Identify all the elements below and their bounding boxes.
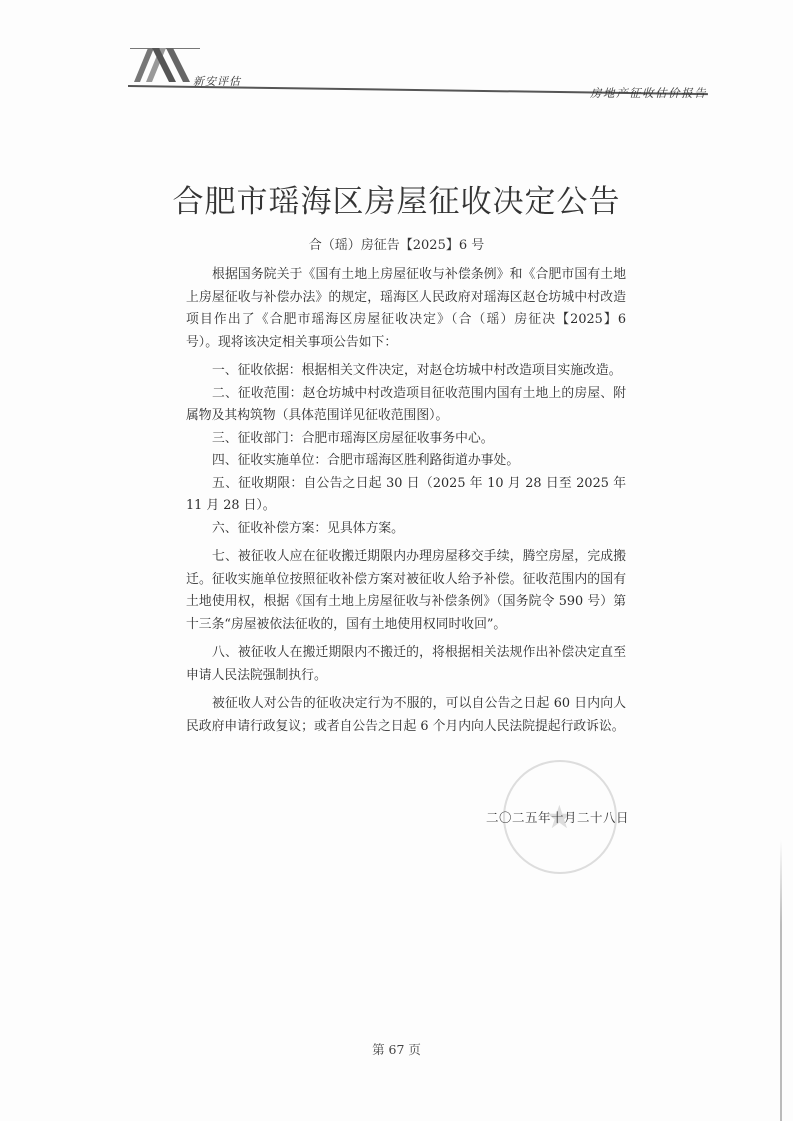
item-basis: 一、征收依据：根据相关文件决定，对赵仓坊城中村改造项目实施改造。	[186, 360, 626, 383]
item-compensation: 六、征收补偿方案：见具体方案。	[186, 518, 626, 541]
xinan-logo-icon	[132, 46, 192, 82]
page-title: 合肥市瑶海区房屋征收决定公告	[0, 176, 793, 221]
item-department: 三、征收部门：合肥市瑶海区房屋征收事务中心。	[186, 428, 626, 451]
report-type: 房地产征收估价报告	[590, 85, 707, 101]
item-implementer: 四、征收实施单位：合肥市瑶海区胜利路街道办事处。	[186, 450, 626, 473]
notice-body: 根据国务院关于《国有土地上房屋征收与补偿条例》和《合肥市国有土地上房屋征收与补偿…	[186, 264, 626, 738]
item-enforcement: 八、被征收人在搬迁期限内不搬迁的，将根据相关法规作出补偿决定直至申请人民法院强制…	[186, 642, 626, 687]
intro-paragraph: 根据国务院关于《国有土地上房屋征收与补偿条例》和《合肥市国有土地上房屋征收与补偿…	[186, 264, 626, 354]
scan-edge-line	[780, 840, 782, 1121]
document-number: 合（瑶）房征告【2025】6 号	[0, 234, 793, 253]
document-page: 新安评估 房地产征收估价报告 合肥市瑶海区房屋征收决定公告 合（瑶）房征告【20…	[0, 0, 793, 1121]
issue-date: 二〇二五年十月二十八日	[486, 808, 629, 826]
appeal-paragraph: 被征收人对公告的征收决定行为不服的，可以自公告之日起 60 日内向人民政府申请行…	[186, 693, 626, 738]
page-number: 第 67 页	[0, 1040, 793, 1058]
item-relocation: 七、被征收人应在征收搬迁期限内办理房屋移交手续，腾空房屋，完成搬迁。征收实施单位…	[186, 546, 626, 636]
item-scope: 二、征收范围：赵仓坊城中村改造项目征收范围内国有土地上的房屋、附属物及其构筑物（…	[186, 383, 626, 428]
item-period: 五、征收期限：自公告之日起 30 日（2025 年 10 月 28 日至 202…	[186, 473, 626, 518]
